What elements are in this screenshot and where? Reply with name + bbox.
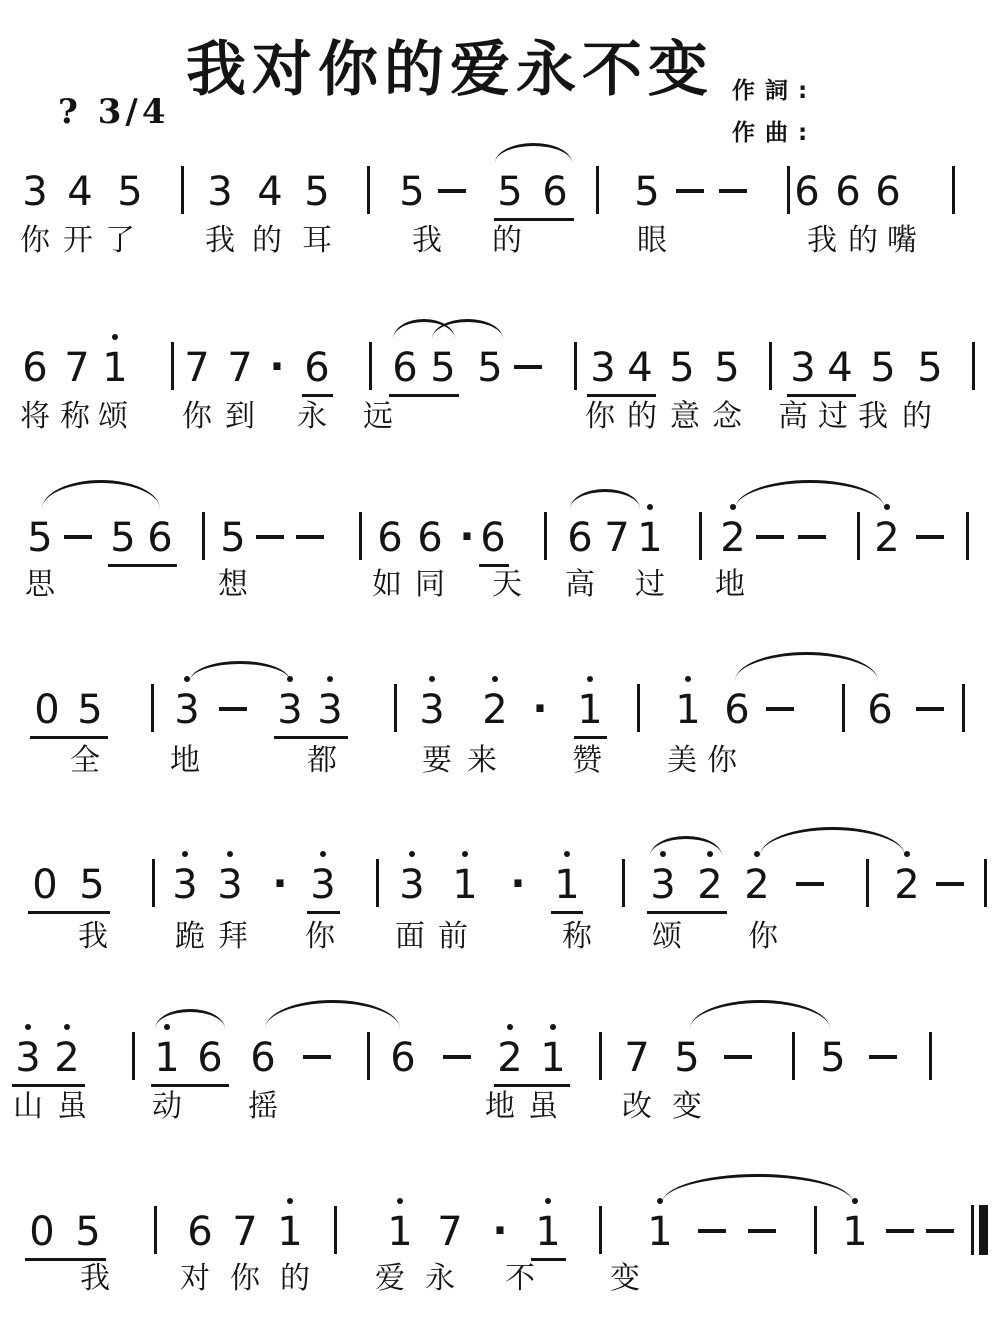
lyric-char: 虽 (57, 1090, 87, 1124)
lyric-char: 嘴 (887, 224, 917, 258)
barline (814, 1206, 817, 1254)
barline (574, 342, 577, 390)
lyric-char: 的 (848, 224, 878, 258)
barline (202, 512, 205, 560)
lyric-char: 要 (422, 744, 452, 778)
note-digit: 5 (399, 170, 424, 214)
lyric-char: 颂 (98, 400, 128, 434)
duration-dash (64, 535, 92, 539)
beam-underline (587, 394, 656, 397)
note-digit: 5 (669, 346, 694, 390)
note-digit: 7 (437, 1210, 462, 1254)
note-digit: 4 (627, 346, 652, 390)
lyric-char: 对 (180, 1262, 210, 1296)
octave-dot (397, 1198, 403, 1204)
duration-dash (303, 1055, 331, 1059)
slur-arc (42, 480, 160, 509)
lyric-char: 永 (297, 400, 327, 434)
beam-underline (647, 911, 727, 914)
duration-dash (724, 1055, 752, 1059)
octave-dot (429, 676, 435, 682)
lyric-char: 改 (622, 1090, 652, 1124)
slur-arc (495, 143, 572, 163)
barline (929, 1032, 932, 1080)
note-digit: 7 (604, 516, 629, 560)
barline (972, 342, 975, 390)
song-title: 我对你的爱永不变 (186, 22, 714, 108)
octave-dot (587, 676, 593, 682)
note-digit: 3 (650, 863, 675, 907)
note-digit: 5 (674, 1036, 699, 1080)
duration-dash (443, 1055, 471, 1059)
note-digit: 5 (304, 170, 329, 214)
lyric-char: 的 (902, 400, 932, 434)
note-digit: 2 (874, 516, 899, 560)
lyric-char: 到 (225, 400, 255, 434)
beam-underline (12, 1084, 85, 1087)
duration-dash (936, 882, 964, 886)
note-digit: 6 (390, 1036, 415, 1080)
lyric-char: 变 (610, 1262, 640, 1296)
octave-dot (64, 1024, 70, 1030)
note-digit: 5 (430, 346, 455, 390)
duration-dash (219, 707, 247, 711)
note-digit: 5 (27, 516, 52, 560)
lyric-char: 你 (305, 920, 335, 954)
lyric-char: 地 (715, 568, 745, 602)
note-digit: 5 (220, 516, 245, 560)
barline (787, 166, 790, 214)
rest-digit: 0 (29, 1210, 54, 1254)
note-digit: 7 (624, 1036, 649, 1080)
lyric-char: 思 (25, 568, 55, 602)
barline (962, 684, 965, 732)
duration-dash (756, 535, 784, 539)
note-digit: 6 (147, 516, 172, 560)
lyric-char: 开 (63, 224, 93, 258)
note-digit: 5 (110, 516, 135, 560)
beam-underline (307, 911, 340, 914)
octave-dot (507, 1024, 513, 1030)
rest-digit: 0 (32, 863, 57, 907)
lyric-char: 永 (425, 1262, 455, 1296)
augmentation-dot: · (510, 864, 525, 904)
lyric-char: 你 (230, 1262, 260, 1296)
note-digit: 2 (54, 1036, 79, 1080)
lyric-char: 的 (280, 1262, 310, 1296)
octave-dot (182, 851, 188, 857)
duration-dash (256, 535, 284, 539)
lyric-char: 的 (492, 224, 522, 258)
lyric-char: 高 (778, 400, 808, 434)
barline (376, 859, 379, 907)
lyric-char: 想 (218, 568, 248, 602)
note-digit: 6 (835, 170, 860, 214)
lyricist-credit-label: 作詞: (732, 72, 817, 105)
note-digit: 2 (720, 516, 745, 560)
beam-underline (551, 911, 583, 914)
lyric-char: 赞 (572, 744, 602, 778)
lyric-char: 我 (78, 920, 108, 954)
note-digit: 5 (634, 170, 659, 214)
note-digit: 3 (790, 346, 815, 390)
note-digit: 3 (399, 863, 424, 907)
lyric-char: 我 (858, 400, 888, 434)
note-digit: 4 (827, 346, 852, 390)
note-digit: 1 (154, 1036, 179, 1080)
note-digit: 3 (217, 863, 242, 907)
barline (181, 166, 184, 214)
note-digit: 6 (417, 516, 442, 560)
lyric-char: 跪 (175, 920, 205, 954)
beam-underline (574, 736, 607, 739)
note-digit: 3 (15, 1036, 40, 1080)
octave-dot (320, 851, 326, 857)
duration-dash (719, 189, 747, 193)
slur-arc (190, 661, 290, 681)
barline (171, 342, 174, 390)
barline (769, 342, 772, 390)
duration-dash (514, 365, 542, 369)
note-digit: 6 (392, 346, 417, 390)
lyric-char: 地 (170, 744, 200, 778)
lyric-char: 来 (467, 744, 497, 778)
final-barline-thick (979, 1205, 988, 1255)
lyric-char: 面 (395, 920, 425, 954)
note-digit: 3 (22, 170, 47, 214)
duration-dash (698, 1229, 726, 1233)
barline (154, 1206, 157, 1254)
note-digit: 5 (77, 688, 102, 732)
octave-dot (409, 851, 415, 857)
beam-underline (531, 1258, 566, 1261)
barline (151, 684, 154, 732)
octave-dot (227, 851, 233, 857)
beam-underline (274, 736, 348, 739)
slur-arc (650, 836, 722, 856)
note-digit: 3 (277, 688, 302, 732)
note-digit: 6 (794, 170, 819, 214)
barline (367, 166, 370, 214)
barline (334, 1206, 337, 1254)
note-digit: 5 (870, 346, 895, 390)
note-digit: 1 (577, 688, 602, 732)
beam-underline (28, 911, 110, 914)
slur-arc (570, 489, 640, 509)
note-digit: 1 (387, 1210, 412, 1254)
note-digit: 5 (917, 346, 942, 390)
barline (359, 512, 362, 560)
barline (369, 342, 372, 390)
lyric-char: 变 (672, 1090, 702, 1124)
note-digit: 3 (174, 688, 199, 732)
note-digit: 6 (567, 516, 592, 560)
note-digit: 3 (310, 863, 335, 907)
note-digit: 6 (480, 516, 505, 560)
note-digit: 2 (894, 863, 919, 907)
duration-dash (438, 189, 466, 193)
slur-arc (265, 1000, 400, 1029)
note-digit: 1 (637, 516, 662, 560)
octave-dot (545, 1198, 551, 1204)
barline (792, 1032, 795, 1080)
duration-dash (926, 1229, 954, 1233)
barline (952, 166, 955, 214)
duration-dash (766, 707, 794, 711)
barline (599, 1206, 602, 1254)
composer-credit-label: 作曲: (732, 114, 817, 147)
note-digit: 1 (535, 1210, 560, 1254)
note-digit: 6 (377, 516, 402, 560)
lyric-char: 拜 (218, 920, 248, 954)
note-digit: 1 (647, 1210, 672, 1254)
barline (866, 859, 869, 907)
beam-underline (30, 736, 108, 739)
note-digit: 6 (187, 1210, 212, 1254)
barline (842, 684, 845, 732)
lyric-char: 都 (307, 744, 337, 778)
note-digit: 1 (452, 863, 477, 907)
lyric-char: 意 (670, 400, 700, 434)
note-digit: 2 (744, 863, 769, 907)
duration-dash (798, 535, 826, 539)
note-digit: 3 (419, 688, 444, 732)
octave-dot (112, 334, 118, 340)
lyric-char: 念 (712, 400, 742, 434)
barline (622, 859, 625, 907)
lyric-char: 你 (585, 400, 615, 434)
slur-arc (432, 319, 503, 339)
lyric-char: 的 (627, 400, 657, 434)
rest-digit: 0 (34, 688, 59, 732)
note-digit: 1 (554, 863, 579, 907)
beam-underline (389, 394, 459, 397)
slur-arc (690, 1000, 830, 1029)
note-digit: 3 (317, 688, 342, 732)
note-digit: 6 (875, 170, 900, 214)
lyric-char: 的 (252, 224, 282, 258)
slur-arc (155, 1009, 225, 1029)
note-digit: 5 (477, 346, 502, 390)
lyric-char: 全 (70, 744, 100, 778)
lyric-char: 不 (505, 1262, 535, 1296)
lyric-char: 耳 (302, 224, 332, 258)
duration-dash (869, 1055, 897, 1059)
barline (857, 512, 860, 560)
note-digit: 6 (724, 688, 749, 732)
slur-arc (735, 652, 878, 681)
note-digit: 1 (277, 1210, 302, 1254)
lyric-char: 前 (438, 920, 468, 954)
beam-underline (302, 394, 333, 397)
barline (966, 512, 969, 560)
lyric-char: 了 (105, 224, 135, 258)
barline (699, 512, 702, 560)
octave-dot (550, 1024, 556, 1030)
lyric-char: 将 (20, 400, 50, 434)
note-digit: 6 (197, 1036, 222, 1080)
barline (367, 1032, 370, 1080)
lyric-char: 动 (152, 1090, 182, 1124)
lyric-char: 高 (565, 568, 595, 602)
note-digit: 6 (867, 688, 892, 732)
note-digit: 4 (67, 170, 92, 214)
lyric-char: 摇 (248, 1090, 278, 1124)
duration-dash (916, 707, 944, 711)
octave-dot (685, 676, 691, 682)
lyric-char: 爱 (375, 1262, 405, 1296)
note-digit: 5 (820, 1036, 845, 1080)
note-digit: 6 (542, 170, 567, 214)
augmentation-dot: · (269, 347, 284, 387)
duration-dash (296, 535, 324, 539)
note-digit: 2 (497, 1036, 522, 1080)
lyric-char: 地 (485, 1090, 515, 1124)
note-digit: 1 (540, 1036, 565, 1080)
lyric-char: 称 (60, 400, 90, 434)
note-digit: 6 (250, 1036, 275, 1080)
note-digit: 7 (232, 1210, 257, 1254)
note-digit: 5 (714, 346, 739, 390)
lyric-char: 称 (562, 920, 592, 954)
slur-arc (735, 480, 885, 509)
augmentation-dot: · (532, 689, 547, 729)
final-barline-thin (971, 1205, 974, 1255)
note-digit: 7 (64, 346, 89, 390)
lyric-char: 如 (372, 568, 402, 602)
lyric-char: 我 (205, 224, 235, 258)
augmentation-dot: · (492, 1211, 507, 1251)
lyric-char: 你 (182, 400, 212, 434)
lyric-char: 眼 (637, 224, 667, 258)
slur-arc (760, 827, 905, 856)
barline (152, 859, 155, 907)
note-digit: 1 (675, 688, 700, 732)
note-digit: 5 (117, 170, 142, 214)
beam-underline (787, 394, 856, 397)
octave-dot (327, 676, 333, 682)
barline (596, 166, 599, 214)
note-digit: 5 (75, 1210, 100, 1254)
note-digit: 5 (79, 863, 104, 907)
augmentation-dot: · (272, 864, 287, 904)
barline (544, 512, 547, 560)
lyric-char: 美 (667, 744, 697, 778)
barline (984, 859, 987, 907)
note-digit: 6 (304, 346, 329, 390)
lyric-char: 你 (20, 224, 50, 258)
note-digit: 7 (227, 346, 252, 390)
octave-dot (647, 504, 653, 510)
lyric-char: 同 (415, 568, 445, 602)
barline (394, 684, 397, 732)
beam-underline (108, 564, 177, 567)
note-digit: 1 (842, 1210, 867, 1254)
lyric-char: 过 (818, 400, 848, 434)
barline (637, 684, 640, 732)
lyric-char: 你 (707, 744, 737, 778)
note-digit: 3 (207, 170, 232, 214)
octave-dot (287, 1198, 293, 1204)
note-digit: 3 (172, 863, 197, 907)
duration-dash (916, 535, 944, 539)
note-digit: 5 (497, 170, 522, 214)
lyric-char: 我 (807, 224, 837, 258)
octave-dot (564, 851, 570, 857)
note-digit: 4 (257, 170, 282, 214)
lyric-char: 颂 (652, 920, 682, 954)
duration-dash (796, 882, 824, 886)
note-digit: 7 (184, 346, 209, 390)
slur-arc (662, 1174, 853, 1203)
lyric-char: 我 (80, 1262, 110, 1296)
octave-dot (462, 851, 468, 857)
duration-dash (886, 1229, 914, 1233)
lyric-char: 过 (635, 568, 665, 602)
duration-dash (748, 1229, 776, 1233)
sheet-music-page: 我对你的爱永不变 作詞: 作曲: ? 3/4 3453455565666你开了我… (0, 0, 1000, 1327)
key-and-time-signature: ? 3/4 (58, 92, 170, 132)
barline (132, 1032, 135, 1080)
lyric-char: 你 (748, 920, 778, 954)
note-digit: 3 (590, 346, 615, 390)
augmentation-dot: · (459, 517, 474, 557)
lyric-char: 远 (363, 400, 393, 434)
duration-dash (676, 189, 704, 193)
beam-underline (151, 1084, 229, 1087)
lyric-char: 山 (13, 1090, 43, 1124)
lyric-char: 天 (492, 568, 522, 602)
beam-underline (494, 218, 574, 221)
note-digit: 2 (697, 863, 722, 907)
note-digit: 6 (22, 346, 47, 390)
octave-dot (492, 676, 498, 682)
note-digit: 2 (482, 688, 507, 732)
octave-dot (25, 1024, 31, 1030)
note-digit: 1 (102, 346, 127, 390)
lyric-char: 虽 (528, 1090, 558, 1124)
lyric-char: 我 (412, 224, 442, 258)
beam-underline (494, 1084, 570, 1087)
barline (599, 1032, 602, 1080)
